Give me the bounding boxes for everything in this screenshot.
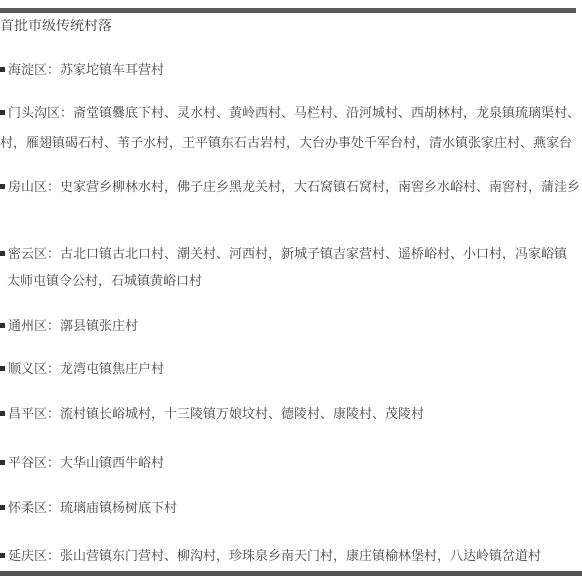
bullet-square-icon <box>0 67 5 72</box>
district-line-mentougou: 门头沟区：斋堂镇爨底下村、灵水村、黄岭西村、马栏村、沿河城村、西胡林村，龙泉镇琉… <box>0 106 582 121</box>
district-text: 房山区：史家营乡柳林水村，佛子庄乡黑龙关村，大石窝镇石窝村，南窖乡水峪村、南窖村… <box>8 180 580 195</box>
district-line-changping: 昌平区：流村镇长峪城村，十三陵镇万娘坟村、德陵村、康陵村、茂陵村 <box>0 407 582 422</box>
district-line-shunyi: 顺义区：龙湾屯镇焦庄户村 <box>0 362 582 377</box>
district-line-huairou: 怀柔区：琉璃庙镇杨树底下村 <box>0 501 582 516</box>
district-text: 昌平区：流村镇长峪城村，十三陵镇万娘坟村、德陵村、康陵村、茂陵村 <box>8 407 424 422</box>
page-title: 首批市级传统村落 <box>0 19 582 34</box>
district-text: 密云区：古北口镇古北口村、潮关村、河西村，新城子镇吉家营村、遥桥峪村、小口村，冯… <box>8 247 567 262</box>
district-line-mentougou-continued: 村，雁翅镇碣石村、苇子水村，王平镇东石古岩村，大台办事处千军台村，清水镇张家庄村… <box>0 136 582 151</box>
bullet-square-icon <box>0 110 5 115</box>
bullet-square-icon <box>0 323 5 328</box>
district-text: 平谷区：大华山镇西牛峪村 <box>8 456 164 471</box>
district-line-pinggu: 平谷区：大华山镇西牛峪村 <box>0 456 582 471</box>
district-text: 门头沟区：斋堂镇爨底下村、灵水村、黄岭西村、马栏村、沿河城村、西胡林村，龙泉镇琉… <box>8 106 580 121</box>
district-text: 顺义区：龙湾屯镇焦庄户村 <box>8 362 164 377</box>
district-text: ，太师屯镇令公村，石城镇黄峪口村 <box>0 274 202 289</box>
top-divider <box>0 8 576 13</box>
bullet-square-icon <box>0 460 5 465</box>
district-line-miyun: 密云区：古北口镇古北口村、潮关村、河西村，新城子镇吉家营村、遥桥峪村、小口村，冯… <box>0 247 582 262</box>
district-text: 海淀区：苏家坨镇车耳营村 <box>8 63 164 78</box>
bullet-square-icon <box>0 251 5 256</box>
bullet-square-icon <box>0 505 5 510</box>
document-page: 首批市级传统村落 海淀区：苏家坨镇车耳营村 门头沟区：斋堂镇爨底下村、灵水村、黄… <box>0 0 582 582</box>
page-title-text: 首批市级传统村落 <box>0 19 112 34</box>
district-line-fangshan: 房山区：史家营乡柳林水村，佛子庄乡黑龙关村，大石窝镇石窝村，南窖乡水峪村、南窖村… <box>0 180 582 195</box>
district-line-haidian: 海淀区：苏家坨镇车耳营村 <box>0 63 582 78</box>
district-line-miyun-continued: ，太师屯镇令公村，石城镇黄峪口村 <box>0 274 582 289</box>
district-line-yanqing: 延庆区：张山营镇东门营村、柳沟村，珍珠泉乡南天门村，康庄镇榆林堡村，八达岭镇岔道… <box>0 549 582 564</box>
bullet-square-icon <box>0 553 5 558</box>
district-text: 村，雁翅镇碣石村、苇子水村，王平镇东石古岩村，大台办事处千军台村，清水镇张家庄村… <box>0 136 572 151</box>
bullet-square-icon <box>0 411 5 416</box>
bullet-square-icon <box>0 184 5 189</box>
bottom-divider <box>0 571 582 576</box>
district-text: 怀柔区：琉璃庙镇杨树底下村 <box>8 501 177 516</box>
district-text: 延庆区：张山营镇东门营村、柳沟村，珍珠泉乡南天门村，康庄镇榆林堡村，八达岭镇岔道… <box>8 549 541 564</box>
district-text: 通州区：漷县镇张庄村 <box>8 319 138 334</box>
bullet-square-icon <box>0 366 5 371</box>
district-line-tongzhou: 通州区：漷县镇张庄村 <box>0 319 582 334</box>
